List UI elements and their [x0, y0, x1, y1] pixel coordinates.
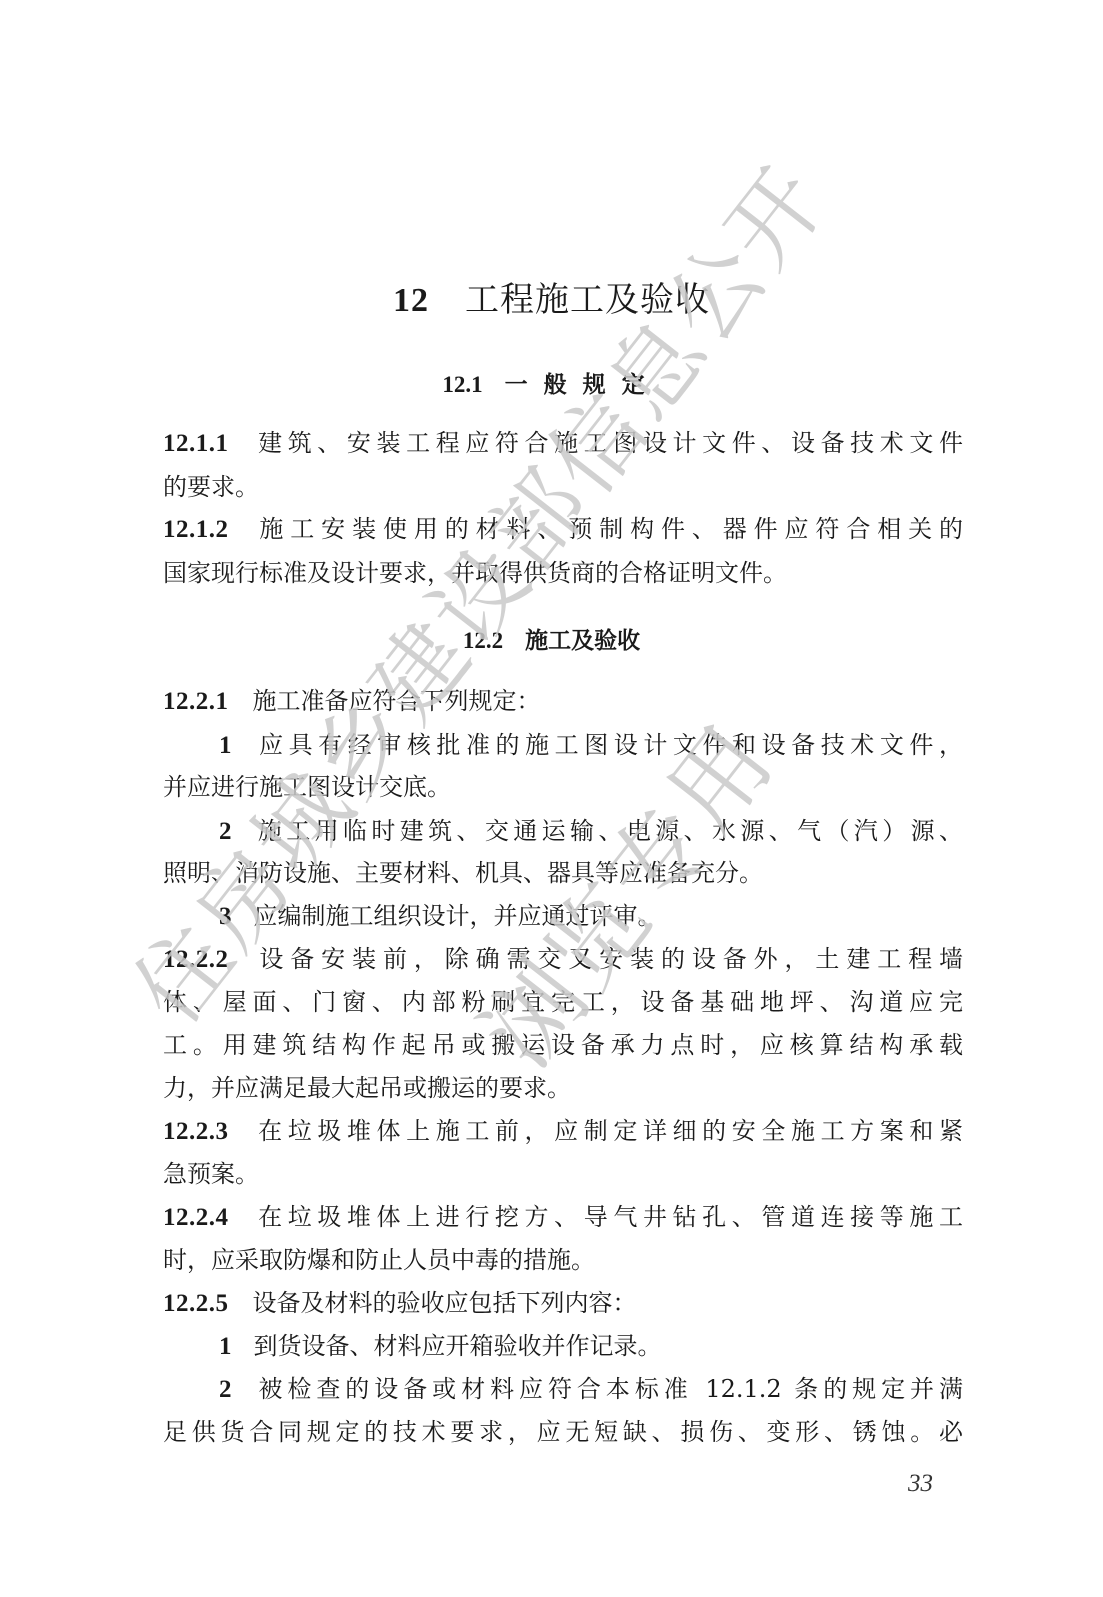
clause-12-2-4: 12.2.4在垃圾堆体上进行挖方、导气井钻孔、管道连接等施工 — [163, 1202, 963, 1233]
clause-text: 施工安装使用的材料、预制构件、器件应符合相关的 — [253, 515, 964, 543]
text-line: 并应进行施工图设计交底。 — [163, 772, 963, 802]
list-item-1: 1到货设备、材料应开箱验收并作记录。 — [163, 1331, 963, 1362]
item-text: 到货设备、材料应开箱验收并作记录。 — [254, 1332, 662, 1360]
item-number: 1 — [219, 732, 232, 759]
clause-number: 12.1.1 — [163, 430, 229, 457]
line-text: 的要求。 — [163, 473, 259, 501]
line-text: 国家现行标准及设计要求，并取得供货商的合格证明文件。 — [163, 559, 787, 587]
text-line: 的要求。 — [163, 472, 963, 502]
text-line: 国家现行标准及设计要求，并取得供货商的合格证明文件。 — [163, 558, 963, 588]
list-item-2: 2被检查的设备或材料应符合本标准 12.1.2 条的规定并满 — [163, 1374, 963, 1405]
chapter-heading: 12工程施工及验收 — [0, 272, 1103, 321]
line-text: 照明、消防设施、主要材料、机具、器具等应准备充分。 — [163, 859, 763, 887]
text-line: 足供货合同规定的技术要求，应无短缺、损伤、变形、锈蚀。必 — [163, 1417, 963, 1447]
section-heading-12-2: 12.2施工及验收 — [0, 622, 1103, 655]
item-number: 1 — [219, 1333, 232, 1360]
line-text: 时，应采取防爆和防止人员中毒的措施。 — [163, 1246, 595, 1274]
clause-12-2-2: 12.2.2设备安装前，除确需交叉安装的设备外，土建工程墙 — [163, 944, 963, 975]
item-text: 被检查的设备或材料应符合本标准 12.1.2 条的规定并满 — [254, 1375, 964, 1403]
clause-number: 12.2.4 — [163, 1204, 229, 1231]
chapter-number: 12 — [393, 282, 429, 319]
clause-text: 建筑、安装工程应符合施工图设计文件、设备技术文件 — [253, 429, 964, 457]
line-text: 并应进行施工图设计交底。 — [163, 773, 451, 801]
clause-text: 施工准备应符合下列规定： — [253, 687, 541, 715]
line-text: 足供货合同规定的技术要求，应无短缺、损伤、变形、锈蚀。必 — [163, 1418, 963, 1446]
clause-text: 设备及材料的验收应包括下列内容： — [253, 1289, 637, 1317]
text-line: 急预案。 — [163, 1159, 963, 1189]
clause-12-1-1: 12.1.1建筑、安装工程应符合施工图设计文件、设备技术文件 — [163, 428, 963, 459]
item-text: 应编制施工组织设计，并应通过评审。 — [254, 902, 662, 930]
text-line: 照明、消防设施、主要材料、机具、器具等应准备充分。 — [163, 858, 963, 888]
clause-number: 12.2.1 — [163, 688, 229, 715]
section-title: 施工及验收 — [525, 627, 640, 654]
item-text: 应具有经审核批准的施工图设计文件和设备技术文件， — [254, 731, 964, 759]
text-line: 工。用建筑结构作起吊或搬运设备承力点时，应核算结构承载 — [163, 1030, 963, 1060]
line-text: 力，并应满足最大起吊或搬运的要求。 — [163, 1074, 571, 1102]
clause-text: 设备安装前，除确需交叉安装的设备外，土建工程墙 — [253, 945, 964, 973]
text-line: 体、屋面、门窗、内部粉刷宜完工，设备基础地坪、沟道应完 — [163, 987, 963, 1017]
list-item-1: 1应具有经审核批准的施工图设计文件和设备技术文件， — [163, 730, 963, 761]
text-line: 力，并应满足最大起吊或搬运的要求。 — [163, 1073, 963, 1103]
item-number: 3 — [219, 903, 232, 930]
line-text: 工。用建筑结构作起吊或搬运设备承力点时，应核算结构承载 — [163, 1031, 963, 1059]
chapter-title: 工程施工及验收 — [465, 280, 710, 320]
clause-number: 12.1.2 — [163, 516, 229, 543]
line-text: 体、屋面、门窗、内部粉刷宜完工，设备基础地坪、沟道应完 — [163, 988, 963, 1016]
document-page: 12工程施工及验收 12.1一般规定 12.1.1建筑、安装工程应符合施工图设计… — [0, 0, 1103, 1597]
section-number: 12.2 — [463, 628, 503, 653]
page-number: 33 — [908, 1470, 933, 1498]
section-number: 12.1 — [442, 372, 482, 397]
clause-number: 12.2.3 — [163, 1118, 229, 1145]
section-heading-12-1: 12.1一般规定 — [0, 366, 1103, 399]
item-text: 施工用临时建筑、交通运输、电源、水源、气（汽）源、 — [254, 817, 964, 845]
line-text: 急预案。 — [163, 1160, 259, 1188]
clause-12-2-1: 12.2.1施工准备应符合下列规定： — [163, 686, 963, 717]
text-line: 时，应采取防爆和防止人员中毒的措施。 — [163, 1245, 963, 1275]
clause-12-1-2: 12.1.2施工安装使用的材料、预制构件、器件应符合相关的 — [163, 514, 963, 545]
list-item-2: 2施工用临时建筑、交通运输、电源、水源、气（汽）源、 — [163, 816, 963, 847]
clause-12-2-5: 12.2.5设备及材料的验收应包括下列内容： — [163, 1288, 963, 1319]
list-item-3: 3应编制施工组织设计，并应通过评审。 — [163, 901, 963, 932]
clause-12-2-3: 12.2.3在垃圾堆体上施工前，应制定详细的安全施工方案和紧 — [163, 1116, 963, 1147]
item-number: 2 — [219, 818, 232, 845]
clause-number: 12.2.5 — [163, 1290, 229, 1317]
clause-text: 在垃圾堆体上施工前，应制定详细的安全施工方案和紧 — [253, 1117, 964, 1145]
section-title: 一般规定 — [505, 371, 661, 398]
item-number: 2 — [219, 1376, 232, 1403]
clause-text: 在垃圾堆体上进行挖方、导气井钻孔、管道连接等施工 — [253, 1203, 964, 1231]
clause-number: 12.2.2 — [163, 946, 229, 973]
